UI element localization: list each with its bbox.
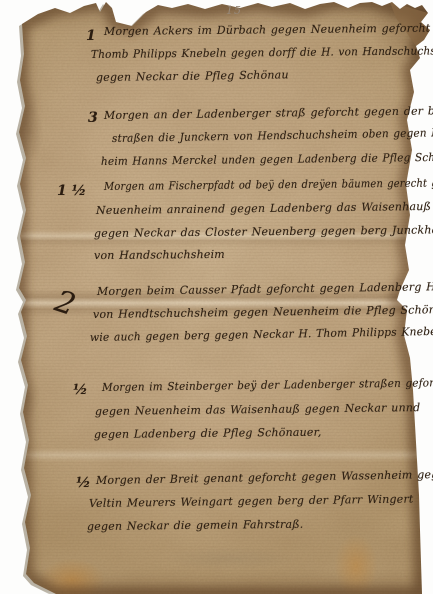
entry-line: gegen Neckar die Pfleg Schönau [96,68,289,84]
entry-line: Morgen Ackers im Dürbach gegen Neuenheim… [104,21,433,38]
pencil-page-number: 15 [226,4,242,17]
entry-line: Thomb Philipps Knebeln gegen dorff die H… [91,44,433,61]
entry-quantity: 3 [88,110,98,126]
handwritten-text-layer: 15 1 Morgen Ackers im Dürbach gegen Neue… [0,0,433,594]
entry-quantity: 1 ½ [57,183,86,199]
entry-line: Morgen beim Causser Pfadt geforcht gegen… [97,280,433,298]
scanned-manuscript: 15 1 Morgen Ackers im Dürbach gegen Neue… [0,0,433,594]
entry-quantity: 2 [51,284,80,323]
entry-line: gegen Neuenheim das Waisenhauß gegen Nec… [95,401,421,418]
entry-quantity: ½ [73,382,88,398]
entry-line: Morgen der Breit genant geforcht gegen W… [96,468,433,487]
entry-line: gegen Ladenberg die Pfleg Schönauer, [94,426,322,441]
entry-line: gegen Neckar die gemein Fahrstraß. [87,518,304,533]
entry-line: Morgen an der Ladenberger straß geforcht… [104,104,433,122]
entry-line: von Hendtschuchsheim gegen Neuenheim die… [93,303,433,321]
entry-line: straßen die Junckern von Hendschuchsheim… [112,126,433,145]
entry-quantity: 1 [86,28,96,44]
entry-line: Morgen im Steinberger beÿ der Ladenberge… [102,376,433,394]
entry-line: von Handschuchsheim [94,248,225,262]
entry-line: Veltin Meurers Weingart gegen berg der P… [89,492,414,510]
entry-line: Neuenheim anrainend gegen Ladenberg das … [96,200,431,217]
entry-line: Morgen am Fischerpfadt od beÿ den dreÿen… [104,176,433,193]
entry-line: wie auch gegen berg gegen Neckar H. Thom… [90,325,433,344]
entry-line: heim Hanns Merckel unden gegen Ladenberg… [101,151,433,168]
entry-line: gegen Neckar das Closter Neuenberg gegen… [94,223,433,240]
entry-quantity: ½ [76,475,91,491]
